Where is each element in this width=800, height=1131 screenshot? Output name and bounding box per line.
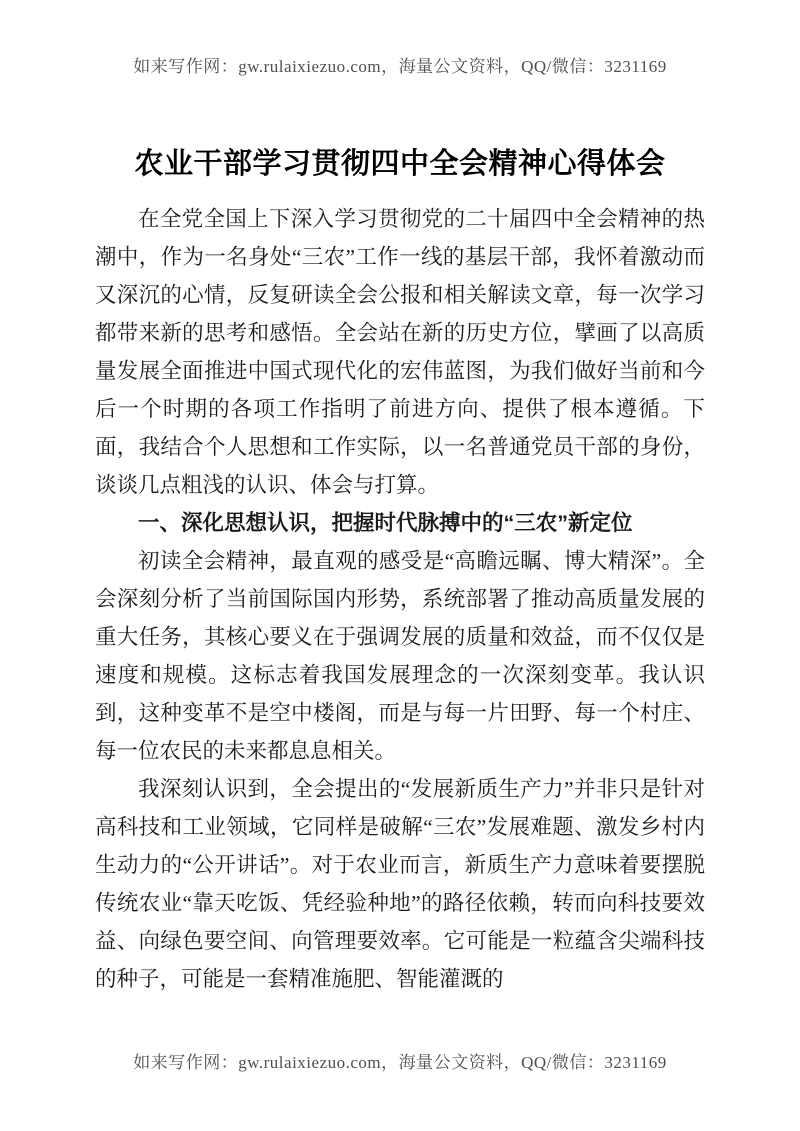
- paragraph: 在全党全国上下深入学习贯彻党的二十届四中全会精神的热潮中，作为一名身处“三农”工…: [95, 200, 705, 504]
- footer-note: 如来写作网：gw.rulaixiezuo.com，海量公文资料，QQ/微信：32…: [0, 1048, 800, 1073]
- paragraph: 我深刻认识到，全会提出的“发展新质生产力”并非只是针对高科技和工业领域，它同样是…: [95, 770, 705, 998]
- document-page: 如来写作网：gw.rulaixiezuo.com，海量公文资料，QQ/微信：32…: [0, 0, 800, 1131]
- page-title: 农业干部学习贯彻四中全会精神心得体会: [0, 141, 800, 182]
- paragraph: 初读全会精神，最直观的感受是“高瞻远瞩、博大精深”。全会深刻分析了当前国际国内形…: [95, 542, 705, 770]
- section-heading: 一、深化思想认识，把握时代脉搏中的“三农”新定位: [95, 504, 705, 542]
- header-note: 如来写作网：gw.rulaixiezuo.com，海量公文资料，QQ/微信：32…: [0, 0, 800, 77]
- document-body: 在全党全国上下深入学习贯彻党的二十届四中全会精神的热潮中，作为一名身处“三农”工…: [95, 200, 705, 998]
